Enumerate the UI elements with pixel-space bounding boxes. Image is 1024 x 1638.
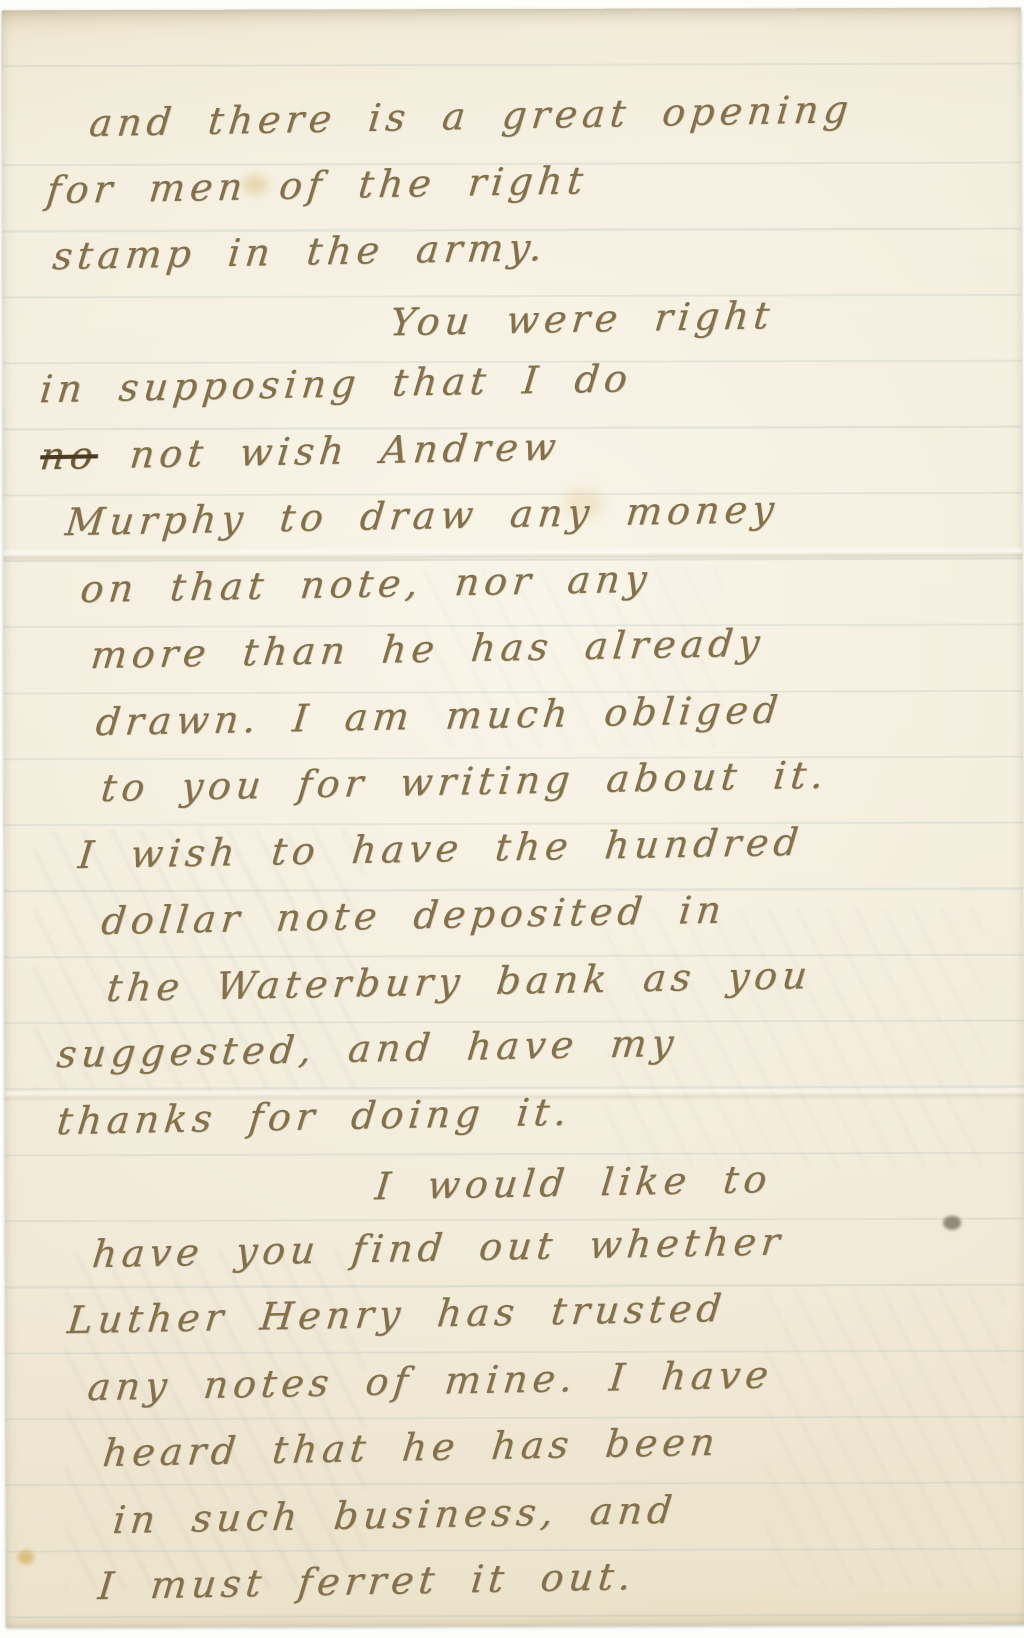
letter-line-6: no not wish Andrew: [38, 425, 563, 479]
letter-page: and there is a great openingfor men of t…: [2, 8, 1024, 1628]
letter-body: and there is a great openingfor men of t…: [2, 8, 1024, 1628]
handwriting-text: stamp in the army.: [51, 225, 550, 278]
handwriting-text: dollar note deposited in: [99, 888, 728, 943]
letter-line-1: and there is a great opening: [87, 87, 855, 145]
letter-line-18: have you find out whether: [90, 1219, 787, 1276]
handwriting-text: to you for writing about it.: [99, 753, 831, 810]
letter-line-7: Murphy to draw any money: [63, 487, 781, 544]
handwriting-text: I would like to: [373, 1157, 774, 1208]
handwriting-text: in such business, and: [111, 1488, 679, 1542]
letter-line-23: I must ferret it out.: [96, 1554, 638, 1608]
struck-word: no: [38, 433, 100, 478]
handwriting-text: for men of the right: [44, 158, 590, 212]
handwriting-text: the Waterbury bank as you: [105, 953, 815, 1010]
scanned-letter: and there is a great openingfor men of t…: [0, 0, 1024, 1638]
letter-line-13: dollar note deposited in: [99, 888, 728, 943]
handwriting-text: any notes of mine. I have: [86, 1353, 776, 1410]
letter-line-16: thanks for doing it.: [55, 1090, 574, 1143]
handwriting-text: heard that he has been: [101, 1420, 722, 1475]
letter-line-8: on that note, nor any: [78, 557, 653, 611]
handwriting-text: on that note, nor any: [78, 557, 653, 611]
handwriting-text: Luther Henry has trusted: [65, 1286, 728, 1342]
letter-line-14: the Waterbury bank as you: [105, 953, 815, 1010]
letter-line-20: any notes of mine. I have: [86, 1353, 776, 1410]
letter-line-3: stamp in the army.: [51, 225, 550, 278]
handwriting-text: not wish Andrew: [96, 425, 563, 477]
handwriting-text: and there is a great opening: [87, 87, 855, 145]
letter-line-19: Luther Henry has trusted: [65, 1286, 728, 1342]
handwriting-text: thanks for doing it.: [55, 1090, 574, 1143]
letter-line-17: I would like to: [373, 1157, 774, 1208]
letter-line-12: I wish to have the hundred: [76, 820, 805, 877]
letter-line-11: to you for writing about it.: [99, 753, 831, 810]
letter-line-9: more than he has already: [89, 621, 767, 677]
letter-line-15: suggested, and have my: [55, 1021, 681, 1076]
handwriting-text: have you find out whether: [90, 1219, 787, 1276]
handwriting-text: You were right: [388, 293, 777, 344]
handwriting-text: I wish to have the hundred: [76, 820, 805, 877]
handwriting-text: I must ferret it out.: [96, 1554, 638, 1608]
handwriting-text: in supposing that I do: [38, 356, 634, 411]
letter-line-10: drawn. I am much obliged: [94, 688, 785, 745]
handwriting-text: drawn. I am much obliged: [94, 688, 785, 745]
letter-line-2: for men of the right: [44, 158, 590, 212]
letter-line-5: in supposing that I do: [38, 356, 634, 411]
handwriting-text: suggested, and have my: [55, 1021, 681, 1076]
letter-line-22: in such business, and: [111, 1488, 679, 1542]
handwriting-text: more than he has already: [89, 621, 767, 677]
letter-line-4: You were right: [388, 293, 777, 344]
letter-line-21: heard that he has been: [101, 1420, 722, 1475]
handwriting-text: Murphy to draw any money: [63, 487, 781, 544]
